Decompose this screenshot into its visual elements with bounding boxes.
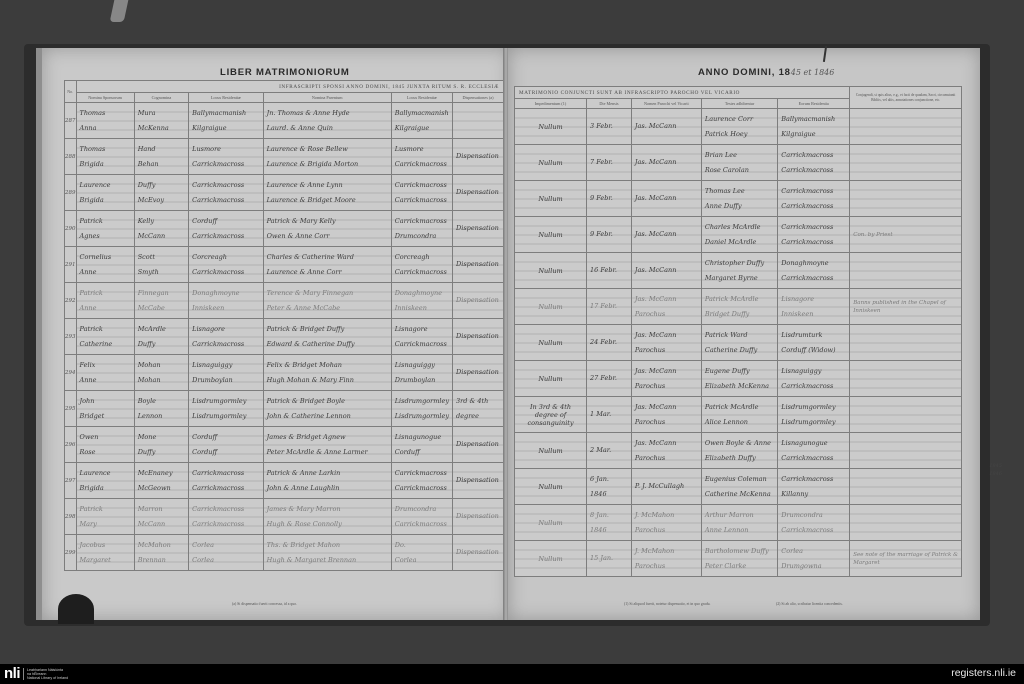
handwritten-line: Lisnaguiggy xyxy=(189,358,262,373)
cell-witness-residence: CarrickmacrossCarrickmacross xyxy=(778,145,850,181)
handwritten-line: Lisnagunogue xyxy=(778,436,849,451)
left-page: LIBER MATRIMONIORUM No. INFRASCRIPTI SPO… xyxy=(36,48,510,620)
cell-parents: Patrick & Bridget BoyleJohn & Catherine … xyxy=(263,391,391,427)
cell-name: JohnBridget xyxy=(76,391,134,427)
handwritten-line: Laurence & Rose Bellew xyxy=(264,142,391,157)
handwritten-line: Parochus xyxy=(632,451,701,466)
right-footnote-2: (2) Si ab alio, scribatur licentia conce… xyxy=(776,602,843,606)
handwritten-line: Peter Clarke xyxy=(702,559,777,574)
handwritten-line: Inniskeen xyxy=(392,301,452,316)
cell-parents-residence: Do.Corlea xyxy=(391,535,452,571)
handwritten-line: Hugh & Margaret Brennan xyxy=(264,553,391,568)
handwritten-line: Corduff xyxy=(189,214,262,229)
handwritten-line: Jas. McCann xyxy=(632,191,701,206)
cell-notes xyxy=(850,505,962,541)
cell-residence: LusmoreCarrickmacross xyxy=(189,139,263,175)
column-header: Locus Residentiæ xyxy=(189,93,263,103)
cell-surname: HandBehan xyxy=(134,139,188,175)
cell-surname: FinneganMcCabe xyxy=(134,283,188,319)
handwritten-line: Carrickmacross xyxy=(189,229,262,244)
handwritten-line: Lisnaguiggy xyxy=(778,364,849,379)
cell-impediment: Nullum xyxy=(515,181,587,217)
handwritten-line: Jas. McCann xyxy=(632,364,701,379)
table-row: 293PatrickCatherineMcArdleDuffyLisnagore… xyxy=(65,319,504,355)
cell-parents: Laurence & Anne LynnLaurence & Bridget M… xyxy=(263,175,391,211)
cell-surname: MoneDuffy xyxy=(134,427,188,463)
handwritten-line: Carrickmacross xyxy=(778,379,849,394)
cell-witness-residence: LisnagunogueCarrickmacross xyxy=(778,433,850,469)
cell-impediment: Nullum xyxy=(515,469,587,505)
handwritten-line: Carrickmacross xyxy=(778,472,849,487)
column-header: Cognomina xyxy=(134,93,188,103)
cell-witnesses: Thomas LeeAnne Duffy xyxy=(701,181,777,217)
cell-parents-residence: LisdrumgormleyLisdrumgormley xyxy=(391,391,452,427)
handwritten-line: Dispensation xyxy=(453,509,503,524)
handwritten-line: Mone xyxy=(135,430,188,445)
logo-divider xyxy=(23,668,24,680)
handwritten-line: Corduff (Widow) xyxy=(778,343,849,358)
handwritten-line: Corlea xyxy=(778,544,849,559)
handwritten-line: McEnaney xyxy=(135,466,188,481)
cell-impediment: Nullum xyxy=(515,145,587,181)
cell-parents: Laurence & Rose BellewLaurence & Brigida… xyxy=(263,139,391,175)
cell-surname: McArdleDuffy xyxy=(134,319,188,355)
cell-notes xyxy=(850,361,962,397)
cell-parents-residence: CarrickmacrossCarrickmacross xyxy=(391,175,452,211)
nli-logo-text: Leabharlann Náisiúnta na hÉireann Nation… xyxy=(27,668,68,681)
cell-parents: Felix & Bridget MohanHugh Mohan & Mary F… xyxy=(263,355,391,391)
handwritten-line: Corcreagh xyxy=(189,250,262,265)
handwritten-line: Lisdrumgormley xyxy=(189,409,262,424)
handwritten-line: Drumboylan xyxy=(392,373,452,388)
handwritten-line: Anne Duffy xyxy=(702,199,777,214)
cell-priest: Jas. McCannParochus xyxy=(631,397,701,433)
table-row: In 3rd & 4th degree of consanguinity1 Ma… xyxy=(515,397,962,433)
cell-residence: CarrickmacrossCarrickmacross xyxy=(189,499,263,535)
handwritten-line: Finnegan xyxy=(135,286,188,301)
right-page-title: ANNO DOMINI, 1845 et 1846 xyxy=(698,67,834,78)
cell-date: 9 Febr. xyxy=(587,217,632,253)
handwritten-line: Carrickmacross xyxy=(778,163,849,178)
table-row: 295JohnBridgetBoyleLennonLisdrumgormleyL… xyxy=(65,391,504,427)
handwritten-line: Duffy xyxy=(135,445,188,460)
left-page-title: LIBER MATRIMONIORUM xyxy=(220,67,350,78)
table-row: Nullum15 Jan.J. McMahonParochusBartholom… xyxy=(515,541,962,577)
handwritten-line: Drumboylan xyxy=(189,373,262,388)
handwritten-line: Felix & Bridget Mohan xyxy=(264,358,391,373)
cell-impediment: Nullum xyxy=(515,217,587,253)
entry-number: 295 xyxy=(65,391,77,427)
handwritten-line: Owen Boyle & Anne xyxy=(702,436,777,451)
handwritten-line: Daniel McArdle xyxy=(702,235,777,250)
handwritten-line: Donaghmoyne xyxy=(189,286,262,301)
handwritten-line: Drumcondra xyxy=(392,502,452,517)
cell-parents-residence: BallymacmanishKilgraigue xyxy=(391,103,452,139)
cell-surname: MuraMcKenna xyxy=(134,103,188,139)
handwritten-line: Carrickmacross xyxy=(778,451,849,466)
cell-name: PatrickAnne xyxy=(76,283,134,319)
cell-priest: J. McMahonParochus xyxy=(631,541,701,577)
cell-impediment: Nullum xyxy=(515,109,587,145)
handwritten-line: McGeown xyxy=(135,481,188,496)
cell-dispensation: Dispensation xyxy=(453,139,504,175)
left-register-table: No. INFRASCRIPTI SPONSI ANNO DOMINI, 184… xyxy=(64,80,504,571)
cell-impediment: Nullum xyxy=(515,289,587,325)
cell-name: OwenRose xyxy=(76,427,134,463)
column-header: Nomen Parochi vel Vicarii xyxy=(631,99,701,109)
handwritten-line: Do. xyxy=(392,538,452,553)
right-title-prefix: ANNO DOMINI, 18 xyxy=(698,67,791,78)
handwritten-line: 9 Febr. xyxy=(587,191,631,206)
handwritten-line: 2 Mar. xyxy=(587,443,631,458)
entry-number: 296 xyxy=(65,427,77,463)
cell-date: 9 Febr. xyxy=(587,181,632,217)
handwritten-line: 17 Febr. xyxy=(587,299,631,314)
table-row: 291CorneliusAnneScottSmythCorcreaghCarri… xyxy=(65,247,504,283)
cell-date: 1 Mar. xyxy=(587,397,632,433)
handwritten-line: Jas. McCann xyxy=(632,155,701,170)
table-row: 290PatrickAgnesKellyMcCannCorduffCarrick… xyxy=(65,211,504,247)
pen-mark xyxy=(823,46,827,62)
cell-dispensation: Dispensation xyxy=(453,283,504,319)
cell-residence: LisnaguiggyDrumboylan xyxy=(189,355,263,391)
cell-name: FelixAnne xyxy=(76,355,134,391)
cell-residence: CorduffCarrickmacross xyxy=(189,211,263,247)
handwritten-line: Carrickmacross xyxy=(392,481,452,496)
cell-date: 27 Febr. xyxy=(587,361,632,397)
cell-dispensation: Dispensation xyxy=(453,247,504,283)
handwritten-line: Carrickmacross xyxy=(392,214,452,229)
handwritten-line: Kilgraigue xyxy=(392,121,452,136)
cell-name: PatrickMary xyxy=(76,499,134,535)
cell-residence: CorduffCorduff xyxy=(189,427,263,463)
cell-witnesses: Patrick McArdleAlice Lennon xyxy=(701,397,777,433)
handwritten-line: 3rd & 4th xyxy=(453,394,503,409)
handwritten-line: Lisdrumgormley xyxy=(778,415,849,430)
cell-dispensation: Dispensation xyxy=(453,175,504,211)
handwritten-line: Dispensation xyxy=(453,149,503,164)
handwritten-line: Ths. & Bridget Mahon xyxy=(264,538,391,553)
cell-witness-residence: CorleaDrumgowna xyxy=(778,541,850,577)
cell-witnesses: Eugene DuffyElizabeth McKenna xyxy=(701,361,777,397)
handwritten-line: Kilgraigue xyxy=(778,127,849,142)
cell-priest: Jas. McCann xyxy=(631,217,701,253)
cell-priest: Jas. McCann xyxy=(631,109,701,145)
handwritten-line: Parochus xyxy=(632,559,701,574)
handwritten-line: Laurence xyxy=(77,178,134,193)
handwritten-line: Carrickmacross xyxy=(189,466,262,481)
cell-impediment: Nullum xyxy=(515,505,587,541)
handwritten-line: McEvoy xyxy=(135,193,188,208)
cell-parents-residence: CorcreaghCarrickmacross xyxy=(391,247,452,283)
cell-notes xyxy=(850,397,962,433)
handwritten-line: Laurd. & Anne Quin xyxy=(264,121,391,136)
table-row: 298PatrickMaryMarronMcCannCarrickmacross… xyxy=(65,499,504,535)
handwritten-line: J. McMahon xyxy=(632,508,701,523)
handwritten-line: McMahon xyxy=(135,538,188,553)
handwritten-line: Catherine xyxy=(77,337,134,352)
cell-parents: Terence & Mary FinneganPeter & Anne McCa… xyxy=(263,283,391,319)
handwritten-line: Patrick & Bridget Duffy xyxy=(264,322,391,337)
handwritten-line: McKenna xyxy=(135,121,188,136)
cell-surname: McEnaneyMcGeown xyxy=(134,463,188,499)
handwritten-line: Carrickmacross xyxy=(189,265,262,280)
handwritten-line: Patrick & Mary Kelly xyxy=(264,214,391,229)
handwritten-line: Lisdrumgormley xyxy=(392,394,452,409)
cell-parents-residence: LisnagoreCarrickmacross xyxy=(391,319,452,355)
cell-residence: CarrickmacrossCarrickmacross xyxy=(189,463,263,499)
table-row: Nullum2 Mar.Jas. McCannParochusOwen Boyl… xyxy=(515,433,962,469)
handwritten-line: Donaghmoyne xyxy=(778,256,849,271)
handwritten-line: Thomas xyxy=(77,106,134,121)
handwritten-line: Lisdrumgormley xyxy=(392,409,452,424)
handwritten-line: Carrickmacross xyxy=(189,337,262,352)
cell-impediment: Nullum xyxy=(515,433,587,469)
cell-notes xyxy=(850,469,962,505)
right-footnote-1: (1) Si aliquod fuerit, notetur dispensat… xyxy=(624,602,710,606)
handwritten-line: Patrick & Bridget Boyle xyxy=(264,394,391,409)
cell-date: 2 Mar. xyxy=(587,433,632,469)
cell-priest: Jas. McCannParochus xyxy=(631,289,701,325)
cell-residence: DonaghmoyneInniskeen xyxy=(189,283,263,319)
handwritten-line: Mohan xyxy=(135,358,188,373)
notes-column-header: Conjugendi, si quis alius, e.g., et fact… xyxy=(850,87,962,109)
handwritten-line: Lisdrumturk xyxy=(778,328,849,343)
handwritten-line: 8 Jan. xyxy=(587,508,631,523)
cell-residence: LisdrumgormleyLisdrumgormley xyxy=(189,391,263,427)
table-row: 288ThomasBrigidaHandBehanLusmoreCarrickm… xyxy=(65,139,504,175)
cell-witness-residence: BallymacmanishKilgraigue xyxy=(778,109,850,145)
cell-impediment: Nullum xyxy=(515,541,587,577)
handwritten-line: Carrickmacross xyxy=(392,157,452,172)
handwritten-line: Carrickmacross xyxy=(778,199,849,214)
handwritten-line: Thomas Lee xyxy=(702,184,777,199)
cell-priest: J. McMahonParochus xyxy=(631,505,701,541)
handwritten-line: Parochus xyxy=(632,307,701,322)
handwritten-line: Jas. McCann xyxy=(632,263,701,278)
handwritten-line: Anne xyxy=(77,301,134,316)
cell-name: PatrickCatherine xyxy=(76,319,134,355)
column-header: Impedimentum (1) xyxy=(515,99,587,109)
cell-witnesses: Brian LeeRose Carolan xyxy=(701,145,777,181)
handwritten-line: Jacobus xyxy=(77,538,134,553)
cell-residence: CorleaCorlea xyxy=(189,535,263,571)
cell-dispensation: Dispensation xyxy=(453,355,504,391)
table-row: Nullum7 Febr.Jas. McCannBrian LeeRose Ca… xyxy=(515,145,962,181)
handwritten-line: Dispensation xyxy=(453,473,503,488)
cell-parents-residence: CarrickmacrossDrumcondra xyxy=(391,211,452,247)
cell-witnesses: Patrick WardCatherine Duffy xyxy=(701,325,777,361)
cell-surname: DuffyMcEvoy xyxy=(134,175,188,211)
cell-priest: P. J. McCullagh xyxy=(631,469,701,505)
handwritten-line: Rose Carolan xyxy=(702,163,777,178)
handwritten-line: Laurence & Brigida Morton xyxy=(264,157,391,172)
handwritten-line: Parochus xyxy=(632,523,701,538)
handwritten-line: Felix xyxy=(77,358,134,373)
right-register-table: MATRIMONIO CONJUNCTI SUNT AB INFRASCRIPT… xyxy=(514,86,962,577)
handwritten-line: Arthur Marron xyxy=(702,508,777,523)
handwritten-line: Laurence & Anne Lynn xyxy=(264,178,391,193)
handwritten-line: Dispensation xyxy=(453,293,503,308)
handwritten-line: 6 Jan. xyxy=(587,472,631,487)
cell-dispensation: Dispensation xyxy=(453,499,504,535)
handwritten-line: Corduff xyxy=(392,445,452,460)
table-row: 287ThomasAnnaMuraMcKennaBallymacmanishKi… xyxy=(65,103,504,139)
cell-parents: Jn. Thomas & Anne HydeLaurd. & Anne Quin xyxy=(263,103,391,139)
handwritten-line: Duffy xyxy=(135,337,188,352)
cell-parents-residence: DrumcondraCarrickmacross xyxy=(391,499,452,535)
handwritten-line: P. J. McCullagh xyxy=(632,479,701,494)
handwritten-line: Patrick xyxy=(77,214,134,229)
handwritten-line: Brigida xyxy=(77,481,134,496)
cell-parents-residence: DonaghmoyneInniskeen xyxy=(391,283,452,319)
cell-impediment: Nullum xyxy=(515,253,587,289)
handwritten-line: Lusmore xyxy=(392,142,452,157)
handwritten-line: Lennon xyxy=(135,409,188,424)
cell-date: 17 Febr. xyxy=(587,289,632,325)
handwritten-line: Ballymacmanish xyxy=(392,106,452,121)
handwritten-line: Lisdrumgormley xyxy=(189,394,262,409)
handwritten-line: Hand xyxy=(135,142,188,157)
left-header-main: INFRASCRIPTI SPONSI ANNO DOMINI, 1845 JU… xyxy=(76,81,504,93)
bookmark-ribbon xyxy=(110,0,129,22)
handwritten-line: Corduff xyxy=(189,430,262,445)
handwritten-line: Catherine Duffy xyxy=(702,343,777,358)
handwritten-line: J. McMahon xyxy=(632,544,701,559)
cell-witnesses: Christopher DuffyMargaret Byrne xyxy=(701,253,777,289)
handwritten-line: Laurence & Anne Corr xyxy=(264,265,391,280)
entry-number: 289 xyxy=(65,175,77,211)
handwritten-line: Mohan xyxy=(135,373,188,388)
cell-dispensation: 3rd & 4thdegree xyxy=(453,391,504,427)
cell-dispensation: Dispensation xyxy=(453,535,504,571)
cell-priest: Jas. McCannParochus xyxy=(631,433,701,469)
column-header: Die Mensis xyxy=(587,99,632,109)
handwritten-line: Catherine McKenna xyxy=(702,487,777,502)
handwritten-line: Corlea xyxy=(189,553,262,568)
handwritten-line: Drumcondra xyxy=(778,508,849,523)
cell-parents: Charles & Catherine WardLaurence & Anne … xyxy=(263,247,391,283)
handwritten-line: Carrickmacross xyxy=(778,220,849,235)
handwritten-line: Boyle xyxy=(135,394,188,409)
cell-residence: CorcreaghCarrickmacross xyxy=(189,247,263,283)
cell-witnesses: Eugenius ColemanCatherine McKenna xyxy=(701,469,777,505)
no-column-header: No. xyxy=(65,81,77,103)
cell-notes: See note of the marriage of Patrick & Ma… xyxy=(850,541,962,577)
handwritten-line: Patrick xyxy=(77,502,134,517)
site-link[interactable]: registers.nli.ie xyxy=(951,667,1016,679)
handwritten-line: Carrickmacross xyxy=(778,271,849,286)
handwritten-line: 3 Febr. xyxy=(587,119,631,134)
handwritten-line: Patrick Ward xyxy=(702,328,777,343)
cell-surname: MarronMcCann xyxy=(134,499,188,535)
handwritten-line: Patrick Hoey xyxy=(702,127,777,142)
handwritten-line: Inniskeen xyxy=(778,307,849,322)
handwritten-line: Carrickmacross xyxy=(189,193,262,208)
cell-witness-residence: CarrickmacrossCarrickmacross xyxy=(778,217,850,253)
entry-number: 297 xyxy=(65,463,77,499)
margin-year-note: 1845 1846 xyxy=(989,462,1002,478)
cell-witnesses: Patrick McArdleBridget Duffy xyxy=(701,289,777,325)
cell-date: 16 Febr. xyxy=(587,253,632,289)
cell-parents-residence: LisnagunogueCorduff xyxy=(391,427,452,463)
cell-witnesses: Laurence CorrPatrick Hoey xyxy=(701,109,777,145)
handwritten-line: Jas. McCann xyxy=(632,436,701,451)
entry-number: 287 xyxy=(65,103,77,139)
cell-notes: Con. by Priest xyxy=(850,217,962,253)
entry-number: 288 xyxy=(65,139,77,175)
handwritten-line: Patrick McArdle xyxy=(702,292,777,307)
cell-date: 8 Jan.1846 xyxy=(587,505,632,541)
handwritten-line: Brigida xyxy=(77,193,134,208)
handwritten-line: Carrickmacross xyxy=(189,178,262,193)
handwritten-line: Hugh Mohan & Mary Finn xyxy=(264,373,391,388)
handwritten-line: 1846 xyxy=(587,523,631,538)
column-header: Eorum Residentia xyxy=(778,99,850,109)
cell-date: 15 Jan. xyxy=(587,541,632,577)
handwritten-line: Jn. Thomas & Anne Hyde xyxy=(264,106,391,121)
table-row: 296OwenRoseMoneDuffyCorduffCorduffJames … xyxy=(65,427,504,463)
handwritten-line: Drumcondra xyxy=(392,229,452,244)
handwritten-line: Carrickmacross xyxy=(778,148,849,163)
table-row: Nullum8 Jan.1846J. McMahonParochusArthur… xyxy=(515,505,962,541)
table-row: Nullum9 Febr.Jas. McCannCharles McArdleD… xyxy=(515,217,962,253)
handwritten-line: Owen xyxy=(77,430,134,445)
table-row: 292PatrickAnneFinneganMcCabeDonaghmoyneI… xyxy=(65,283,504,319)
cell-parents: Patrick & Anne LarkinJohn & Anne Laughli… xyxy=(263,463,391,499)
cell-notes xyxy=(850,433,962,469)
cell-notes xyxy=(850,181,962,217)
cell-witness-residence: LisdrumturkCorduff (Widow) xyxy=(778,325,850,361)
handwritten-line: James & Mary Marron xyxy=(264,502,391,517)
cell-witness-residence: DrumcondraCarrickmacross xyxy=(778,505,850,541)
handwritten-line: Drumgowna xyxy=(778,559,849,574)
cell-parents: Patrick & Bridget DuffyEdward & Catherin… xyxy=(263,319,391,355)
handwritten-line: Patrick McArdle xyxy=(702,400,777,415)
handwritten-line: Lisnaguiggy xyxy=(392,358,452,373)
handwritten-line: Dispensation xyxy=(453,545,503,560)
cell-parents: Patrick & Mary KellyOwen & Anne Corr xyxy=(263,211,391,247)
cell-residence: LisnagoreCarrickmacross xyxy=(189,319,263,355)
cell-name: JacobusMargaret xyxy=(76,535,134,571)
handwritten-line: 9 Febr. xyxy=(587,227,631,242)
handwritten-line: Corlea xyxy=(392,553,452,568)
cell-witness-residence: CarrickmacrossKillanny xyxy=(778,469,850,505)
handwritten-line: Carrickmacross xyxy=(189,481,262,496)
cell-name: LaurenceBrigida xyxy=(76,463,134,499)
cell-date: 7 Febr. xyxy=(587,145,632,181)
scanner-thumb-shadow xyxy=(58,594,94,624)
cell-priest: Jas. McCann xyxy=(631,253,701,289)
nli-logo[interactable]: nli Leabharlann Náisiúnta na hÉireann Na… xyxy=(4,667,68,681)
table-row: 294FelixAnneMohanMohanLisnaguiggyDrumboy… xyxy=(65,355,504,391)
cell-witness-residence: LisnagoreInniskeen xyxy=(778,289,850,325)
cell-notes: Banns published in the Chapel of Inniske… xyxy=(850,289,962,325)
handwritten-line: Lisdrumgormley xyxy=(778,400,849,415)
handwritten-line: Mura xyxy=(135,106,188,121)
handwritten-line: Elizabeth Duffy xyxy=(702,451,777,466)
handwritten-line: McArdle xyxy=(135,322,188,337)
handwritten-line: Christopher Duffy xyxy=(702,256,777,271)
handwritten-line: 7 Febr. xyxy=(587,155,631,170)
cell-residence: BallymacmanishKilgraigue xyxy=(189,103,263,139)
handwritten-line: Bartholomew Duffy xyxy=(702,544,777,559)
handwritten-line: degree xyxy=(453,409,503,424)
handwritten-line: Corlea xyxy=(189,538,262,553)
cell-notes xyxy=(850,145,962,181)
handwritten-line: Smyth xyxy=(135,265,188,280)
cell-parents: Ths. & Bridget MahonHugh & Margaret Bren… xyxy=(263,535,391,571)
